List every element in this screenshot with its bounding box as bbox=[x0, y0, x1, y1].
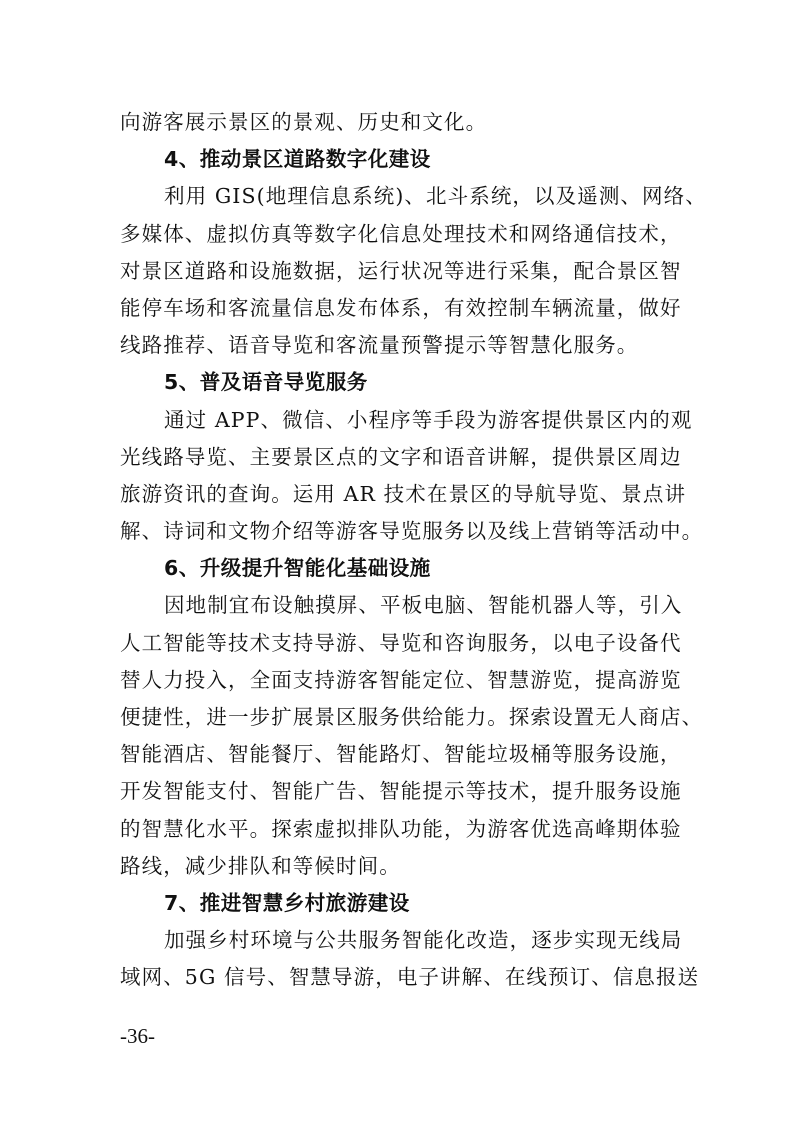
paragraph-line: 能停车场和客流量信息发布体系，有效控制车辆流量，做好 bbox=[120, 290, 676, 327]
paragraph-line: 的智慧化水平。探索虚拟排队功能，为游客优选高峰期体验 bbox=[120, 811, 676, 848]
paragraph-line: 便捷性，进一步扩展景区服务供给能力。探索设置无人商店、 bbox=[120, 699, 676, 736]
paragraph-line: 解、诗词和文物介绍等游客导览服务以及线上营销等活动中。 bbox=[120, 513, 676, 550]
paragraph-line: 对景区道路和设施数据，运行状况等进行采集，配合景区智 bbox=[120, 253, 676, 290]
paragraph-line: 路线，减少排队和等候时间。 bbox=[120, 848, 676, 885]
paragraph-line: 旅游资讯的查询。运用 AR 技术在景区的导航导览、景点讲 bbox=[120, 476, 676, 513]
paragraph-line: 域网、5G 信号、智慧导游，电子讲解、在线预订、信息报送 bbox=[120, 959, 676, 996]
paragraph-line: 开发智能支付、智能广告、智能提示等技术，提升服务设施 bbox=[120, 773, 676, 810]
paragraph-line: 加强乡村环境与公共服务智能化改造，逐步实现无线局 bbox=[120, 922, 676, 959]
paragraph-line: 通过 APP、微信、小程序等手段为游客提供景区内的观 bbox=[120, 402, 676, 439]
section-heading-6: 6、升级提升智能化基础设施 bbox=[120, 550, 676, 587]
page-number: -36- bbox=[120, 1024, 155, 1049]
paragraph-line: 向游客展示景区的景观、历史和文化。 bbox=[120, 104, 676, 141]
document-page-body: 向游客展示景区的景观、历史和文化。 4、推动景区道路数字化建设 利用 GIS(地… bbox=[120, 104, 676, 997]
section-heading-5: 5、普及语音导览服务 bbox=[120, 364, 676, 401]
paragraph-line: 光线路导览、主要景区点的文字和语音讲解，提供景区周边 bbox=[120, 439, 676, 476]
section-heading-4: 4、推动景区道路数字化建设 bbox=[120, 141, 676, 178]
paragraph-line: 线路推荐、语音导览和客流量预警提示等智慧化服务。 bbox=[120, 327, 676, 364]
paragraph-line: 因地制宜布设触摸屏、平板电脑、智能机器人等，引入 bbox=[120, 587, 676, 624]
paragraph-line: 多媒体、虚拟仿真等数字化信息处理技术和网络通信技术， bbox=[120, 216, 676, 253]
paragraph-line: 人工智能等技术支持导游、导览和咨询服务，以电子设备代 bbox=[120, 625, 676, 662]
paragraph-line: 智能酒店、智能餐厅、智能路灯、智能垃圾桶等服务设施， bbox=[120, 736, 676, 773]
section-heading-7: 7、推进智慧乡村旅游建设 bbox=[120, 885, 676, 922]
paragraph-line: 利用 GIS(地理信息系统)、北斗系统，以及遥测、网络、 bbox=[120, 178, 676, 215]
paragraph-line: 替人力投入，全面支持游客智能定位、智慧游览，提高游览 bbox=[120, 662, 676, 699]
